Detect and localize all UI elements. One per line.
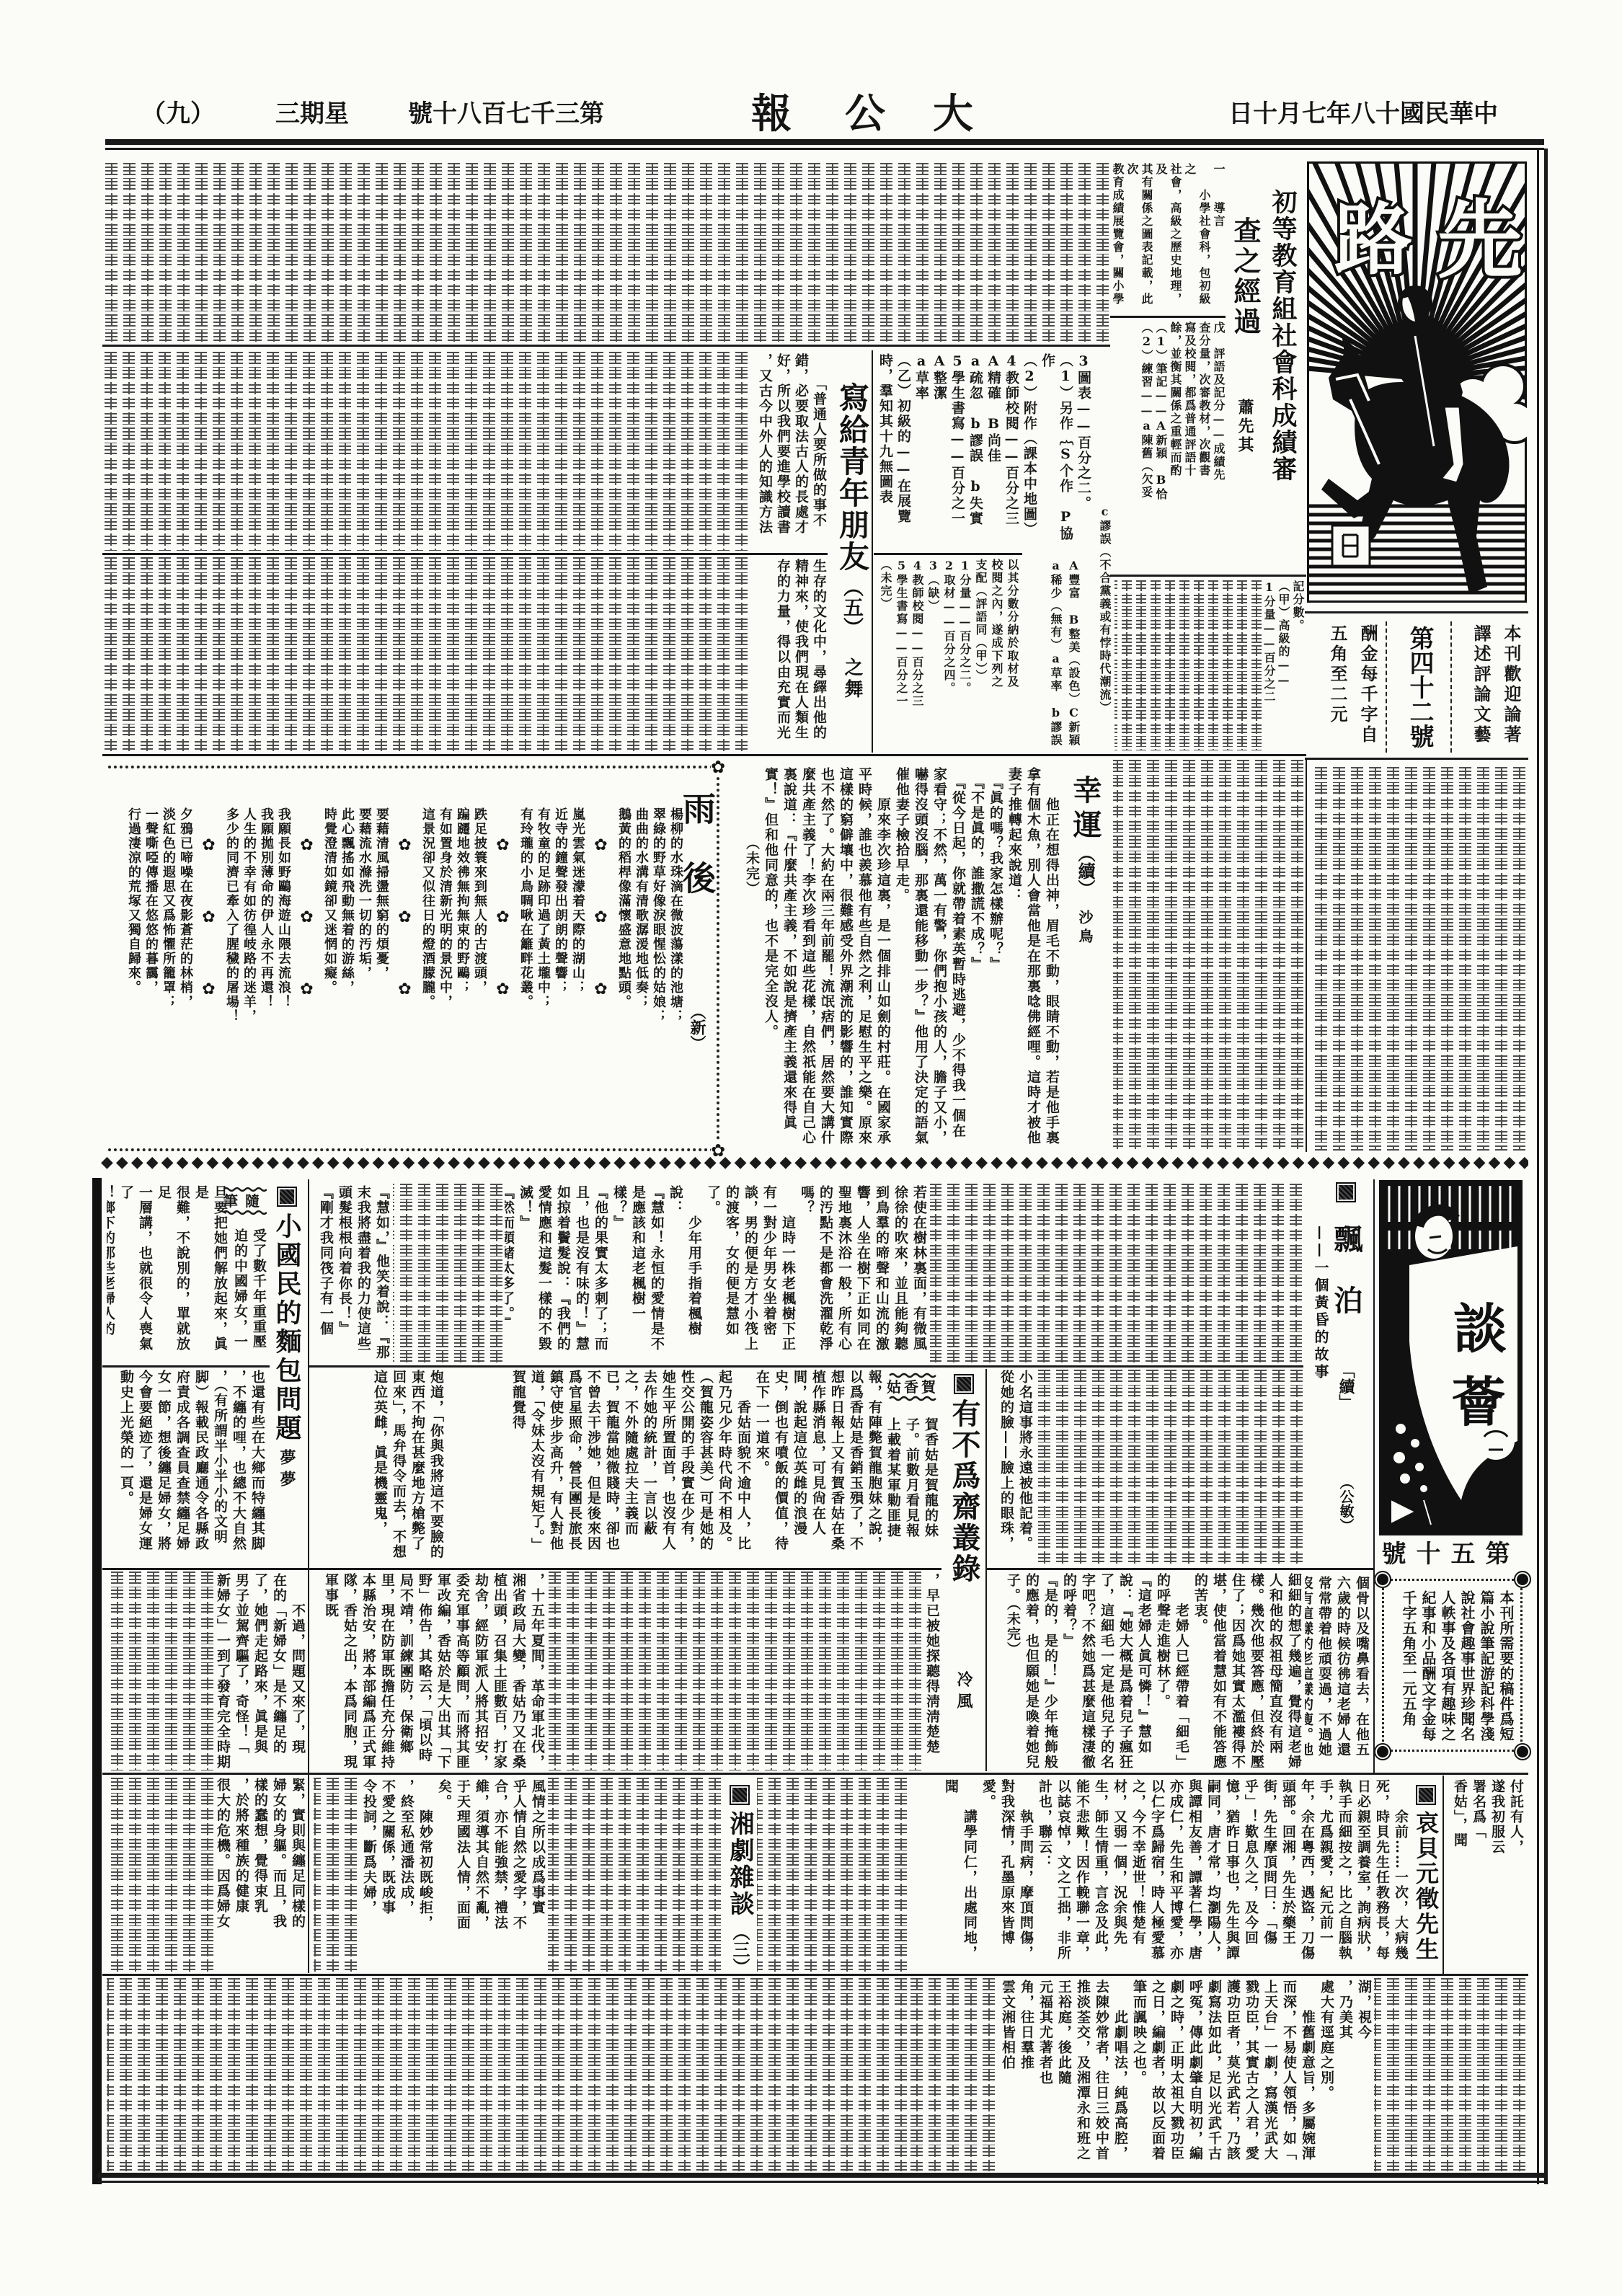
flower-ornament-icon: ✿ [396, 980, 414, 1000]
banner-title-char-lu: 路 [1334, 195, 1412, 285]
text-texture [546, 1572, 921, 1770]
poem-line: 跌足披簑來到無人的古渡頭， [471, 807, 488, 1045]
illegible-text-columns [102, 163, 1109, 343]
youth-article-author: 之舞 [843, 657, 861, 701]
scoring-brace-text: A豐富 B整美（設色）C新穎 a稀少（無有）a草率 b謬誤 [1038, 559, 1083, 752]
illegible-text-columns [1114, 580, 1262, 750]
section-divider-ornament: ◆◆◆◆◆◆◆◆◆◆◆◆◆◆◆◆◆◆◆◆◆◆◆◆◆◆◆◆◆◆◆◆◆◆◆◆◆◆◆◆… [101, 1153, 1528, 1172]
collection-column-author: 冷風 [956, 1671, 972, 1714]
scoring-chart-text: 3圖表——百分之二。 （1）另作｛S个作 P協作 （2）附作（課本中地圖） 4教… [876, 353, 1092, 551]
poem-line: 近寺的鐘聲發出朗朗的聲響； [551, 807, 569, 1045]
illegible-text-columns [1374, 1978, 1525, 2171]
youth-article-text-upper: 「普通人要所做的事不 錯，必要取法古人的長處才 好，所以我們要進學校讀書 ，又古… [754, 353, 828, 551]
section-marker-icon [1336, 1182, 1356, 1202]
flower-ornament-icon: ✿ [298, 836, 316, 856]
youth-article-title: 寫給青年朋友 [837, 382, 867, 572]
poem-lines: 楊柳的水珠滴在微波蕩漾的池塘； 翠綠的野草好像淚眼惺忪的姑娘； 曲曲的水溝有清歌… [125, 807, 684, 1045]
banner-title-char-tan: 談 [1453, 1298, 1507, 1360]
drifting-story-author: （公敏） [1339, 1475, 1353, 1533]
header-rule-thin [105, 148, 1544, 150]
tanhui-submission-notice: 本刊所需要的稿件爲短 篇小說筆記游記科學淺 說社會趣事世界珍聞名 人軼事及各項有… [1391, 1590, 1515, 1745]
text-texture [1036, 1370, 1303, 1566]
drifting-story-title: 飄泊 [1331, 1224, 1360, 1347]
collection-item-text: ，早已被她探聽得淸淸楚楚 [923, 1573, 941, 1770]
mourning-article-title: 哀貝元徵先生 [1414, 1811, 1437, 1962]
rule [102, 1365, 270, 1368]
section-marker-icon [730, 1785, 750, 1805]
illegible-text-columns [930, 1184, 1302, 1364]
page-border-right-inner [1537, 149, 1539, 2184]
luck-story-text: 他正在想得出神，眉毛不動，眼睛不動，若是他手裏拿有個木魚，別人會當他是在那裏唸佛… [741, 767, 1061, 1151]
rule [986, 1568, 1373, 1570]
text-texture [757, 1778, 907, 1972]
corner-dot-icon [1517, 1746, 1528, 1758]
stanza-ornament-column: ✿✿✿ [292, 807, 321, 1045]
poem-line: 人生的不幸有如彷徨岐路的迷羊， [240, 807, 257, 1045]
text-texture [1374, 1978, 1525, 2171]
drifting-story-text: 『慧如，』他笑着說：『那末我將盡着我的力使這些頭髮根根向着你長！』 『剛才我同筏… [315, 1185, 391, 1365]
scoring-junior-text: 以其分數分納於取材及 校閱之內，遂成下列之 支配（評語同（甲）） 1分量——百分… [876, 559, 1020, 752]
wave-ornament-icon [223, 1187, 267, 1192]
poem-line: 翠綠的野草好像淚眼惺忪的姑娘； [650, 807, 667, 1045]
text-texture [930, 1184, 1302, 1364]
illegible-text-columns [107, 1778, 213, 1972]
corner-ornament-icon: ✿ [711, 758, 725, 776]
masthead-char-bao: 報 [751, 91, 792, 137]
illegible-text-columns [107, 1572, 213, 1770]
flower-ornament-icon: ✿ [298, 908, 316, 928]
collection-item-text: 報，有陣斃賀龍胞妹之說，以爲香姑是香銷玉殞了，不想昨日報上又有賀香姑在桑植作縣消… [447, 1370, 884, 1566]
drifting-story-text: 小名這事將永遠被他記着。 從她的臉——臉上的眼珠， [997, 1370, 1034, 1566]
education-author: 蕭先其 [1237, 399, 1253, 455]
text-texture [314, 1778, 357, 1972]
education-section-wu-text: 戊 評語及記分——成績先 查分量，次審教材，次觀書 寫及校閱，都爲普通評語十 餘… [1112, 322, 1226, 572]
education-intro-text: 一 導言 小學社會科，包初級之 社會，高級之歷史地理，及 其有關係之圖表記載，此… [1112, 163, 1226, 316]
collection-item-text: 賀香姑是賀龍的妹 子。前數月看見報 上載着某軍勦匪捷 [884, 1417, 940, 1566]
bread-essay-author: 夢夢 [279, 1449, 295, 1492]
illegible-text-columns [102, 557, 748, 752]
scoring-error-column: c謬誤（不合黨義或有悖時代潮流） [1094, 505, 1112, 751]
column-divider [308, 1179, 309, 1973]
column-divider [872, 350, 873, 753]
text-texture [107, 1978, 907, 2171]
xiangju-article-part: （三） [731, 1923, 748, 1975]
poem-line: 有玲瓏的小鳥啁啾在籬畔花叢。 [517, 807, 534, 1045]
rule [309, 1365, 1303, 1368]
poem-line: 這景況卻又似往日的燈酒朦朧。 [419, 807, 436, 1045]
illegible-text-columns [1309, 767, 1525, 1151]
xiangju-article-text: 湖，視今 ，乃美其 處大有逕庭之別。 惟舊劇意旨，多屬婉渾 而深，不易使人領悟，… [997, 1980, 1373, 2171]
flower-ornament-icon: ✿ [494, 836, 512, 856]
flower-ornament-icon: ✿ [494, 980, 512, 1000]
wave-ornament-icon [223, 1210, 267, 1215]
rule [102, 754, 1306, 756]
stanza-ornament-column: ✿✿✿ [488, 807, 517, 1045]
poem-author: （新） [689, 1003, 705, 1051]
illegible-text-columns [546, 1572, 921, 1770]
text-texture [1114, 580, 1262, 750]
wave-ornament-icon [887, 1396, 938, 1401]
luck-story-author: 沙鳥 [1078, 910, 1092, 947]
text-texture [102, 557, 748, 752]
rule [874, 553, 1022, 555]
rule [102, 345, 1110, 347]
flower-ornament-icon: ✿ [592, 980, 610, 1000]
column-divider [1442, 1776, 1444, 1974]
text-texture [393, 1184, 502, 1364]
illegible-text-columns [107, 1978, 907, 2171]
flower-ornament-icon: ✿ [298, 980, 316, 1000]
stanza-ornament-column: ✿✿✿ [390, 807, 419, 1045]
collection-item-text: 付託有人， 遂我初服云 署名爲「 香姑」，聞 [1448, 1779, 1525, 1972]
poem-line: 鵝黃的稻桿像滿懷盛意地點頭。 [615, 807, 632, 1045]
illegible-text-columns [314, 1778, 357, 1972]
rule [1110, 316, 1226, 318]
stanza-ornament-column: ✿✿✿ [586, 807, 615, 1045]
tanhui-issue-number: 第五十號 [1379, 1537, 1523, 1572]
column-divider [1373, 1179, 1375, 1775]
scoring-head-text: 記分數。 （甲）高級的—— 1分量——百分之二 [1262, 580, 1305, 750]
bread-essay-text: 旦要把她們解放起來，眞是 很難，不說別的，單就放足 一層講，也就很令人喪氣了 ！… [107, 1185, 229, 1365]
rule [102, 553, 828, 555]
wave-ornament-icon [887, 1373, 938, 1378]
page-bottom-rule-thin [97, 2181, 1548, 2183]
illegible-text-columns [1036, 1370, 1303, 1566]
poem-line: 要藉流水滌洗一切的汚垢， [355, 807, 373, 1045]
flower-ornament-icon: ✿ [592, 836, 610, 856]
drifting-story-text: 個骨以及嘴鼻看去，在他五六歲的時候彷彿這老婦人還常常帶着他頑耍過，不過她沒有這樣… [1305, 1576, 1371, 1769]
text-texture [910, 1978, 995, 2171]
masthead-char-gong: 公 [845, 91, 885, 137]
bread-essay-text: 不過，問題又來了，現 在的「新婦女」是不纏足的 了，她們走起路來，眞是與 男子並… [213, 1573, 307, 1770]
call-for-papers-notice: 本刊歡迎論著 譯述評論文藝 [1460, 624, 1526, 754]
page-number: （九） [141, 97, 215, 131]
xianlu-issue-number: 第四十二號 [1407, 626, 1432, 748]
poem-line: 蹁躚地效彿無拘無束的野鷗； [453, 807, 471, 1045]
bread-essay-text: 緊，實則與纏足同樣的 婦女的身軀。而且，我 樣的蠢想，覺得束乳 ，於將來種族的健… [213, 1778, 307, 1972]
poem-line: 我願長如野鷗海遊山隈去流浪！ [275, 807, 292, 1045]
poem-line: 曲曲的水溝有清歌潺湲地低奏； [632, 807, 650, 1045]
xianlu-banner-illustration: 先 路 [1307, 161, 1527, 603]
poem-line: 有牧童的足跡印過了黃土壠中； [534, 807, 551, 1045]
poem-line: 時覺澄清如鏡卻又迷惘如癡。 [321, 807, 338, 1045]
flower-ornament-icon: ✿ [200, 980, 218, 1000]
flower-ornament-icon: ✿ [396, 836, 414, 856]
collection-item-subtitle: 賀香姑 [885, 1373, 940, 1416]
issue-number: 第三千七百八十號 [405, 97, 604, 131]
section-marker-icon [954, 1374, 974, 1394]
corner-dot-icon [1377, 1574, 1388, 1585]
mourning-article-text: 余前……一次，大病幾死，時貝先生任教務長，每日必親至調養室，詢病狀，執手而細按之… [910, 1779, 1410, 1972]
illegible-text-columns [393, 1184, 502, 1364]
poem-line: 多少的同濟已牽入了腥穢的屠場！ [223, 807, 240, 1045]
rule [1110, 575, 1306, 577]
poem-line: 行過淒涼的荒塚又獨自歸來。 [125, 807, 142, 1045]
collection-item-text: ，十五年夏間，革命軍北伐，湘省政局大變，香姑乃又在桑植出頭，召集土匪數百，打家劫… [311, 1573, 546, 1770]
poem-line: 我願拋別薄命的伊人永不再還！ [257, 807, 275, 1045]
poem-line: 嵐光雲氣迷濛着天際的湖山； [569, 807, 586, 1045]
corner-dot-icon [1517, 1574, 1528, 1585]
banner-title-char-xian: 先 [1437, 190, 1523, 290]
illegible-text-columns [757, 1778, 907, 1972]
text-texture [102, 163, 1109, 343]
collection-item-subtitle-label: 賀香姑 [885, 1378, 940, 1396]
poem-line: 楊柳的水珠滴在微波蕩漾的池塘； [667, 807, 684, 1045]
page-bottom-rule-thick [97, 2173, 1548, 2178]
poem-line: 一聲嘶啞傳播在悠悠的暮靄， [142, 807, 159, 1045]
banner-title-char-hui: 薈 [1452, 1372, 1505, 1434]
collection-column-title: 有不爲齋叢錄 [949, 1399, 978, 1584]
section-marker-icon [277, 1187, 297, 1207]
flower-ornament-icon: ✿ [200, 836, 218, 856]
tanhui-banner-illustration: 談 薈 [1379, 1180, 1523, 1535]
text-texture [107, 1572, 213, 1770]
poem-line: 有如置身於清新光明的景況中， [436, 807, 453, 1045]
collection-item-text: 炮道，「你與我將這不要臉的東西不拘在甚麼地方槍斃了回來」，馬弁得令而去，不想這位… [314, 1370, 446, 1566]
text-texture [548, 1778, 721, 1972]
rule [102, 1974, 1528, 1976]
text-texture [1113, 760, 1303, 1149]
flower-ornament-icon: ✿ [494, 908, 512, 928]
youth-article-part: （五） [842, 577, 862, 637]
text-texture [1309, 767, 1525, 1151]
poem-title: 雨後 [681, 792, 714, 930]
bread-essay-text: 受了數千年重重壓 迫的中國婦女，一 [231, 1228, 268, 1364]
weekday: 星期三 [268, 97, 349, 131]
illegible-text-columns [910, 1978, 995, 2171]
section-marker-icon [1416, 1785, 1436, 1805]
flower-ornament-icon: ✿ [592, 908, 610, 928]
xiangju-article-text: 風情之所以成爲事實 乎人情自然之愛字，不 合，亦不能強禁，禮法 維，須導其自然不… [358, 1779, 547, 1972]
house [1332, 526, 1370, 566]
publication-date: 中華民國十八年七月十日 [1223, 97, 1498, 131]
flower-ornament-icon: ✿ [200, 908, 218, 928]
drifting-story-text: 若使在樹林裏面，有微風徐徐的吹來，並且能夠聽到鳥羣的啼聲和山流的激響，人坐在樹下… [505, 1185, 929, 1365]
illegible-text-columns [1113, 760, 1303, 1149]
poem-line: 淡紅色的遐思又爲怖懼所籠罩； [159, 807, 177, 1045]
youth-article-text-lower: 生存的文化中，尋繹出他的 精神來，使我們現在人類生 存的力量，得以由充實而光 [754, 559, 828, 752]
masthead-char-da: 大 [933, 91, 973, 137]
poem-line: 要藉清風掃盪無窮的煩憂， [373, 807, 390, 1045]
column-divider [1306, 760, 1307, 1152]
flower-ornament-icon: ✿ [396, 908, 414, 928]
poem-line: 夕鴉已啼噪在夜影蒼茫的林梢， [177, 807, 194, 1045]
illegible-text-columns [102, 352, 748, 551]
education-title-line1: 初等教育組社會科成績審 [1270, 189, 1295, 482]
illegible-text-columns [548, 1778, 721, 1972]
education-title-line2: 查之經過 [1231, 216, 1259, 337]
xiangju-article-title: 湘劇雜談 [727, 1811, 752, 1918]
text-texture [102, 352, 748, 551]
page-border-left-bar [92, 1178, 102, 2184]
header-rule-thick [105, 139, 1544, 145]
drifting-story-text: 細細的想了幾遍，覺得這老婦人和他的叔祖母簡直沒有兩樣。幾次他要答應，但終於壓住了… [989, 1573, 1303, 1770]
wavy-divider [1386, 621, 1387, 753]
wavy-divider [1450, 621, 1452, 753]
luck-story-title: 幸運 [1071, 775, 1099, 844]
luck-story-continued: （續） [1076, 845, 1094, 897]
bread-essay-title: 小國民的麵包問題 [274, 1213, 300, 1443]
column-divider [985, 1369, 987, 1771]
drifting-story-subtitle: ——一個黃昏的故事 [1313, 1225, 1328, 1381]
payment-notice: 酬金每千字自 五角至二元 [1316, 624, 1383, 754]
poem-line: 此心飄搖如飛動無着的游絲， [338, 807, 355, 1045]
text-texture [107, 1778, 213, 1972]
rule [102, 1773, 1528, 1775]
rule [102, 1568, 941, 1570]
page-border-right-outer [1544, 149, 1548, 2184]
corner-dot-icon [1377, 1746, 1388, 1758]
stanza-ornament-column: ✿✿✿ [194, 807, 223, 1045]
bread-essay-text: 也還有些在大鄉而特纏其脚 ，不纏的哩，也總不大自然 ，（有所謂半小半小的文明 脚… [107, 1370, 267, 1566]
drifting-story-continued: 「續」 [1338, 1362, 1354, 1410]
